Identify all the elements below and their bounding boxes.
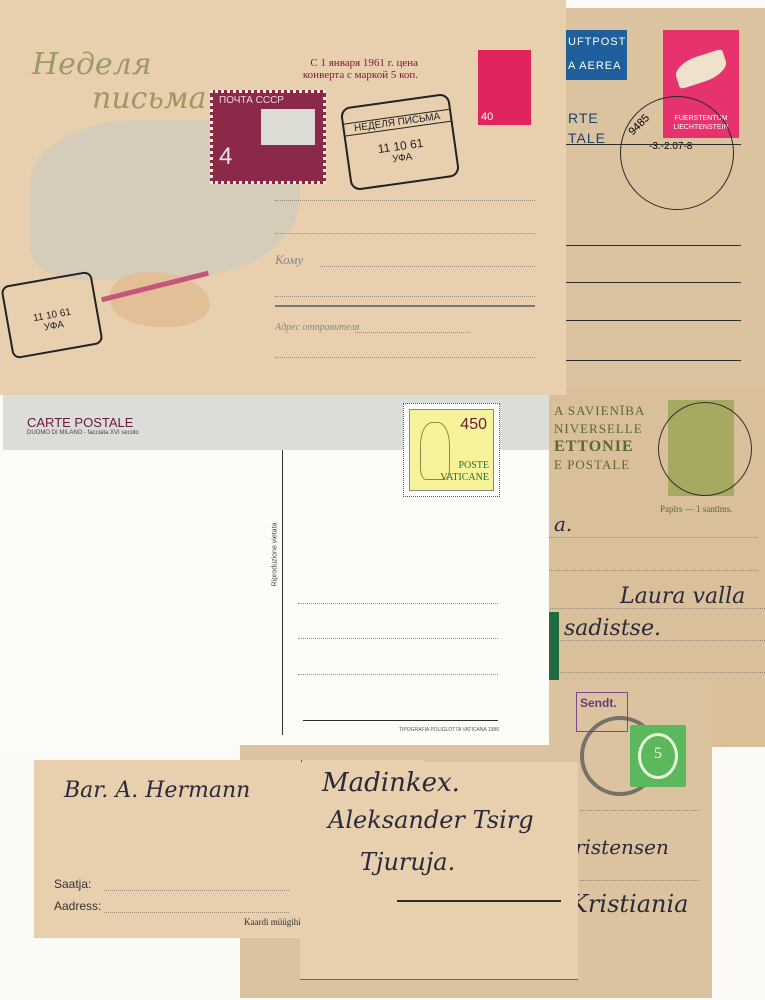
week-of-letters-postmark: НЕДЕЛЯ ПИСЬМА 11 10 61 УФА [340,93,461,191]
vatican-postcard: CARTE POSTALE DUOMO DI MILANO - facciata… [3,395,549,745]
estonian-handwriting-sender: Bar. A. Hermann [64,778,250,803]
adhesive-stamp-value: 4 [219,143,232,171]
price-note-1: С 1 января 1961 г. цена [298,57,418,69]
stamp-inner-image [261,109,315,145]
stamp-line-1: POSTE [440,460,489,472]
latvian-text-line-2: NIVERSELLE [554,420,645,438]
to-label: Кому [275,252,303,268]
addr-line-3: Tjuruja. [360,848,455,876]
estonian-card-right-part: Madinkex. Aleksander Tsirg Tjuruja. [300,762,578,980]
postmark-code: 9485 [626,112,652,138]
printer-text: TIPOGRAFIA POLIGLOTTA VATICANA 1986 [399,727,499,733]
title-line-1: Неделя [32,48,207,82]
airmail-line-1: UFTPOST [568,30,627,54]
postmark-date: -3.-2.07-8 [649,141,692,152]
norway-stamp: 5 [630,725,686,787]
latvian-handwriting-3: sadistse. [564,616,661,641]
addr-line-2: Aleksander Tsirg [328,806,534,834]
latvian-handwriting-1: a. [554,512,572,536]
price-note-2: конверта с маркой 5 коп. [298,69,418,81]
vatican-stamp-value: 450 [460,416,487,434]
soviet-envelope: Неделя письма С 1 января 1961 г. цена ко… [0,0,566,395]
liechtenstein-postcard: UFTPOST A AEREA RTE TALE FUERSTENTUM LIE… [565,8,765,388]
dove-icon [672,49,729,90]
adhesive-4-kop-stamp: ПОЧТА СССР 4 [210,90,326,184]
vatican-subtitle: DUOMO DI MILANO - facciata XVI secolo [27,430,139,436]
green-card-edge [549,612,559,684]
stamp-line-2: VATICANE [440,472,489,484]
liechtenstein-postmark: 9485 -3.-2.07-8 [620,96,734,210]
addr-line-1: Madinkex. [322,768,460,798]
latvian-handwriting-2: Laura valla [620,584,745,609]
latvian-postmark [658,402,752,496]
title-line-2: письма [32,82,207,116]
postmark-band: НЕДЕЛЯ ПИСЬМА [344,109,451,137]
hand-with-pen [110,272,210,327]
airmail-line-2: A AEREA [568,54,627,78]
norway-handwriting-2: Kristiania [570,890,688,918]
airmail-label: UFTPOST A AEREA [565,30,627,80]
divider-text: Riproduzione vietata [271,519,278,591]
norway-stamp-value: 5 [630,745,686,763]
imprinted-stamp-value: 40 [481,111,493,123]
carte-label: RTE [568,108,606,128]
sender-label: Saatja: [54,877,91,891]
imprinted-40-kop-stamp: 40 [478,50,531,125]
latvian-stamp-caption: Papīrs — 1 santīms. [660,504,733,514]
adhesive-stamp-header: ПОЧТА СССР [219,95,284,106]
latvian-text-line-4: E POSTALE [554,456,645,474]
latvian-text-line-1: A SAVIENĪBA [554,402,645,420]
sender-label: Адрес отправителя [275,322,359,333]
postale-label: TALE [568,128,606,148]
latvian-text-line-3: ETTONIE [554,438,645,456]
vatican-divider [282,450,283,735]
second-postmark: 11 10 61 УФА [0,271,103,360]
vatican-stamp: 450 POSTE VATICANE [403,403,500,497]
carte-postale-title: CARTE POSTALE [27,415,133,430]
address-label: Aadress: [54,899,101,913]
